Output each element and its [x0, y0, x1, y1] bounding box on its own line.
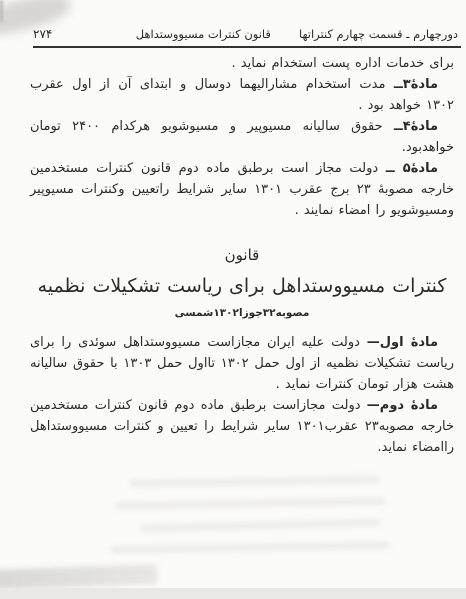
article-3: مادۀ۳ــ مدت استخدام مشارالیهما دوسال و ا…	[30, 74, 454, 116]
scan-edge-artifact	[0, 0, 3, 22]
running-header: دورچهارم ـ قسمت چهارم کنتراتها قانون کنت…	[33, 27, 458, 41]
page-number: ۲۷۴	[33, 27, 52, 41]
law-articles: مادۀ اول— دولت علیه ایران مجازاست مسیووس…	[30, 332, 454, 458]
body-text: برای خدمات اداره پست استخدام نماید . ماد…	[30, 53, 454, 458]
law-heading: قانون کنترات مسیووستداهل برای ریاست تشکی…	[30, 245, 454, 324]
continuation-line: برای خدمات اداره پست استخدام نماید .	[30, 53, 454, 74]
scan-edge-bottom	[0, 588, 466, 599]
article-3-label: مادۀ۳ــ	[394, 77, 438, 92]
scan-shadow-bottom-left	[0, 564, 157, 590]
law-article-2-label: مادۀ دوم—	[367, 398, 438, 413]
article-4: مادۀ۴ــ حقوق سالیانه مسیوپیر و مسیوشویو …	[30, 116, 454, 158]
article-4-text: حقوق سالیانه مسیوپیر و مسیوشویو هرکدام ۲…	[30, 119, 454, 155]
article-3-text: مدت استخدام مشارالیهما دوسال و ابتدای آن…	[30, 77, 454, 113]
header-rule	[33, 46, 461, 48]
law-heading-title: کنترات مسیووستداهل برای ریاست تشکیلات نظ…	[30, 276, 454, 297]
article-5: مادۀ۵ ــ دولت مجاز است برطبق ماده دوم قا…	[30, 158, 454, 221]
scanned-document-page: دورچهارم ـ قسمت چهارم کنتراتها قانون کنت…	[0, 0, 466, 599]
running-header-law-title: قانون کنترات مسیووستداهل	[136, 27, 271, 41]
article-5-label: مادۀ۵ ــ	[386, 161, 438, 176]
bleedthrough-ghost-line	[115, 498, 385, 510]
law-article-1-label: مادۀ اول—	[367, 335, 438, 350]
article-4-label: مادۀ۴ــ	[394, 119, 438, 134]
law-article-1: مادۀ اول— دولت علیه ایران مجازاست مسیووس…	[30, 332, 454, 395]
law-heading-kicker: قانون	[30, 245, 454, 266]
bleedthrough-ghost-line	[110, 542, 390, 554]
law-article-2: مادۀ دوم— دولت مجازاست برطبق ماده دوم قا…	[30, 395, 454, 458]
bleedthrough-ghost-line	[130, 476, 380, 487]
running-header-section-title: دورچهارم ـ قسمت چهارم کنتراتها	[299, 27, 458, 41]
law-approval-date: مصوبه۳۲جوزا۱۳۰۲شمسی	[30, 303, 454, 324]
bleedthrough-ghost-line	[140, 519, 380, 532]
